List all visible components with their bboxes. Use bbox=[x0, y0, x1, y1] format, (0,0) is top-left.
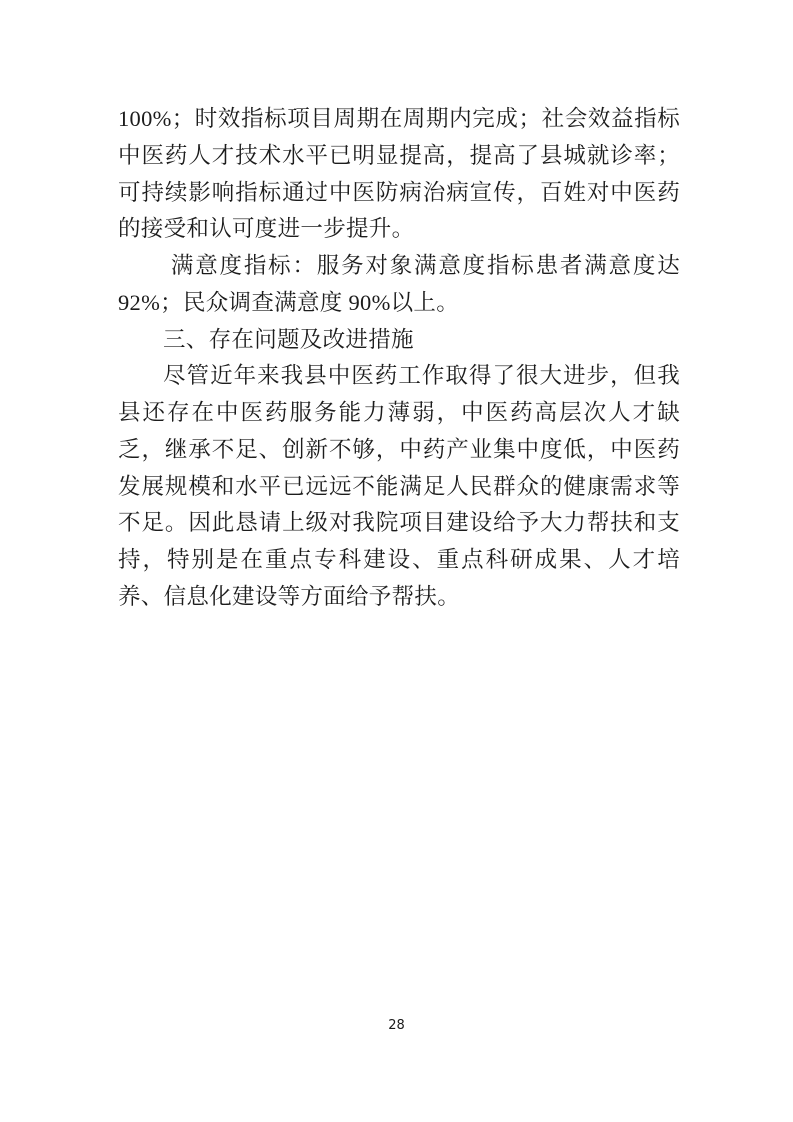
page-number: 28 bbox=[0, 1018, 793, 1034]
document-page: 100%；时效指标项目周期在周期内完成；社会效益指标中医药人才技术水平已明显提高… bbox=[0, 0, 793, 1122]
section-heading-problems-and-improvements: 三、存在问题及改进措施 bbox=[118, 322, 680, 359]
paragraph-satisfaction-indicators: 满意度指标：服务对象满意度指标患者满意度达 92%；民众调查满意度 90%以上。 bbox=[118, 248, 680, 322]
document-body: 100%；时效指标项目周期在周期内完成；社会效益指标中医药人才技术水平已明显提高… bbox=[118, 101, 680, 616]
paragraph-performance-indicators: 100%；时效指标项目周期在周期内完成；社会效益指标中医药人才技术水平已明显提高… bbox=[118, 101, 680, 248]
paragraph-problems-and-requests: 尽管近年来我县中医药工作取得了很大进步，但我县还存在中医药服务能力薄弱，中医药高… bbox=[118, 358, 680, 615]
